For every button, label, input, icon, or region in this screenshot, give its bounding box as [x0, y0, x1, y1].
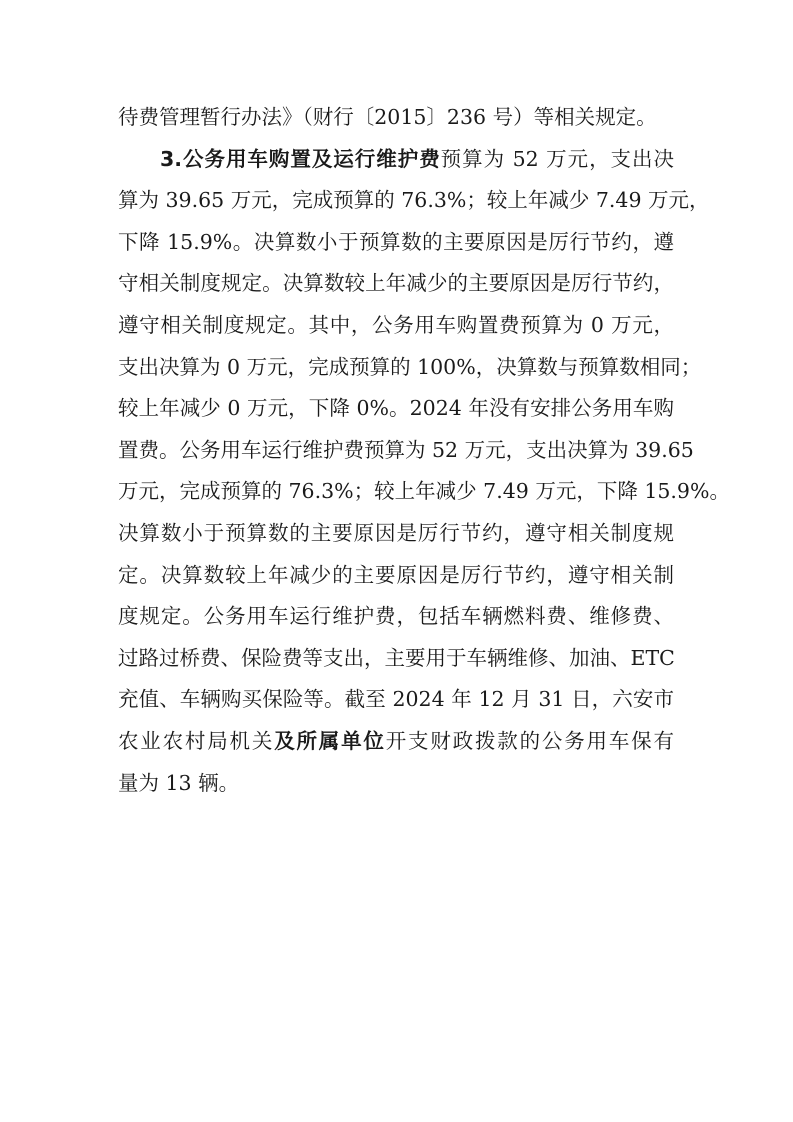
- text-line: 置费。公务用车运行维护费预算为 52 万元，支出决算为 39.65: [118, 430, 674, 472]
- section-heading: 3.公务用车购置及运行维护费: [160, 147, 441, 171]
- text-line: 度规定。公务用车运行维护费，包括车辆燃料费、维修费、: [118, 596, 674, 638]
- text-run: 农业农村局机关: [118, 729, 274, 753]
- text-line: 守相关制度规定。决算数较上年减少的主要原因是厉行节约，: [118, 263, 674, 305]
- text-line: 待费管理暂行办法》（财行〔2015〕236 号）等相关规定。: [118, 97, 674, 139]
- document-page: 待费管理暂行办法》（财行〔2015〕236 号）等相关规定。 3.公务用车购置及…: [118, 97, 674, 804]
- text-line: 万元，完成预算的 76.3%；较上年减少 7.49 万元，下降 15.9%。: [118, 471, 674, 513]
- text-line: 充值、车辆购买保险等。截至 2024 年 12 月 31 日，六安市: [118, 679, 674, 721]
- text-line: 算为 39.65 万元，完成预算的 76.3%；较上年减少 7.49 万元，: [118, 180, 674, 222]
- text-run: 预算为 52 万元，支出决: [441, 147, 674, 171]
- text-line-section-heading: 3.公务用车购置及运行维护费预算为 52 万元，支出决: [118, 139, 674, 181]
- text-line: 定。决算数较上年减少的主要原因是厉行节约，遵守相关制: [118, 555, 674, 597]
- text-line: 较上年减少 0 万元，下降 0%。2024 年没有安排公务用车购: [118, 388, 674, 430]
- text-line-emphasis: 农业农村局机关及所属单位开支财政拨款的公务用车保有: [118, 721, 674, 763]
- text-line: 支出决算为 0 万元，完成预算的 100%，决算数与预算数相同；: [118, 347, 674, 389]
- text-run: 开支财政拨款的公务用车保有: [386, 729, 674, 753]
- text-line: 过路过桥费、保险费等支出，主要用于车辆维修、加油、ETC: [118, 638, 674, 680]
- text-line: 下降 15.9%。决算数小于预算数的主要原因是厉行节约，遵: [118, 222, 674, 264]
- text-line: 决算数小于预算数的主要原因是厉行节约，遵守相关制度规: [118, 513, 674, 555]
- text-line: 量为 13 辆。: [118, 763, 674, 805]
- emphasis-text: 及所属单位: [274, 729, 386, 753]
- text-line: 遵守相关制度规定。其中，公务用车购置费预算为 0 万元，: [118, 305, 674, 347]
